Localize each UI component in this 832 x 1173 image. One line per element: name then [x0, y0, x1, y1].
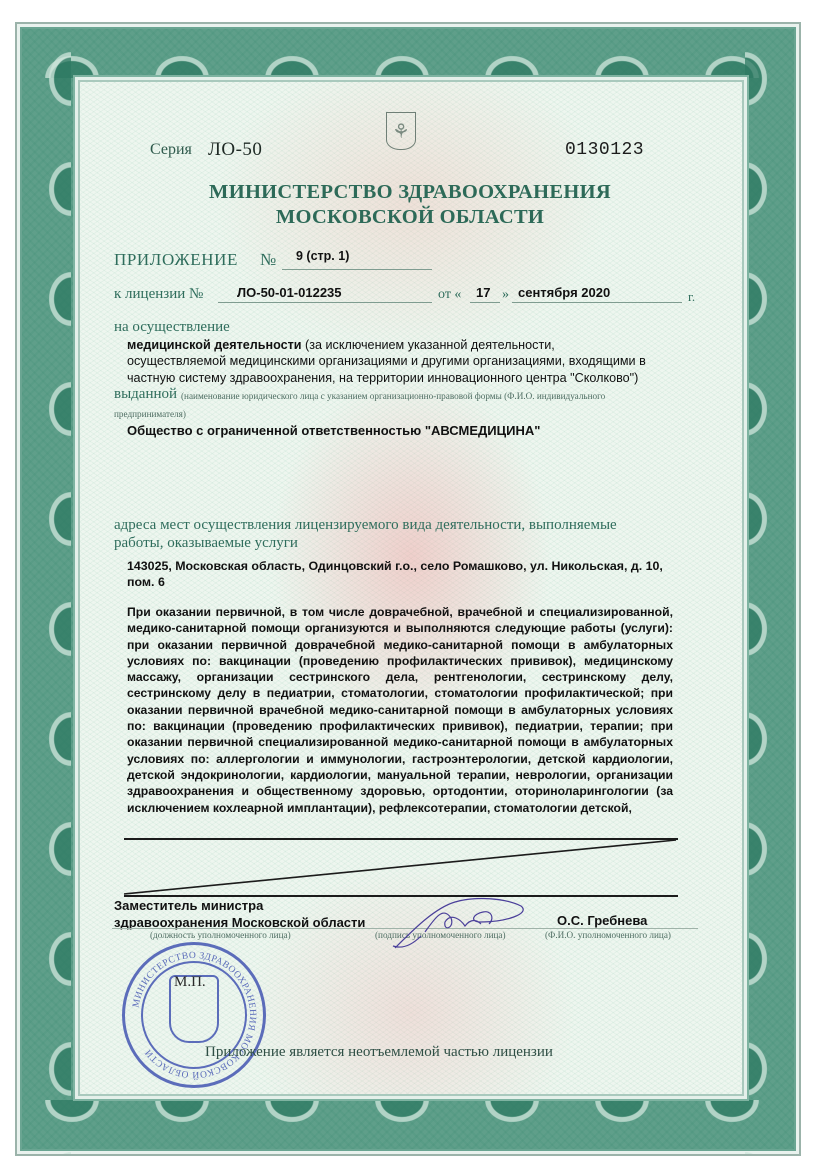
- ministry-title: МИНИСТЕРСТВО ЗДРАВООХРАНЕНИЯ МОСКОВСКОЙ …: [100, 180, 720, 230]
- license-label: к лицензии №: [114, 286, 203, 303]
- series-value: ЛО-50: [208, 139, 262, 161]
- appendix-number-sign: №: [260, 250, 276, 270]
- name-note: (Ф.И.О. уполномоченного лица): [545, 930, 671, 940]
- official-stamp: МИНИСТЕРСТВО ЗДРАВООХРАНЕНИЯ МОСКОВСКОЙ …: [122, 942, 266, 1088]
- license-year-suffix: г.: [688, 289, 695, 305]
- border-ornament-top: [17, 30, 799, 78]
- addresses-label-line1: адреса мест осуществления лицензируемого…: [114, 516, 704, 534]
- activity-description: медицинской деятельности (за исключением…: [127, 337, 647, 386]
- license-from-label: от «: [438, 287, 461, 303]
- footer-note: Приложение является неотъемлемой частью …: [205, 1044, 553, 1061]
- border-ornament-right: [745, 24, 793, 1154]
- seal-place-label: М.П.: [174, 974, 206, 991]
- license-number: ЛО-50-01-012235: [237, 285, 342, 300]
- series-label: Серия: [150, 141, 192, 159]
- license-quote-close: »: [502, 287, 509, 303]
- issued-label: выданной: [114, 386, 177, 403]
- handwritten-signature: [385, 888, 535, 956]
- svg-text:МИНИСТЕРСТВО ЗДРАВООХРАНЕНИЯ М: МИНИСТЕРСТВО ЗДРАВООХРАНЕНИЯ МОСКОВСКОЙ …: [131, 951, 257, 1081]
- coat-of-arms-icon: ⚘: [386, 112, 416, 150]
- appendix-label: ПРИЛОЖЕНИЕ: [114, 250, 238, 270]
- stamp-ring-text: МИНИСТЕРСТВО ЗДРАВООХРАНЕНИЯ МОСКОВСКОЙ …: [125, 945, 263, 1085]
- activity-type: медицинской деятельности: [127, 338, 302, 352]
- signatory-position: Заместитель министра здравоохранения Мос…: [114, 897, 365, 931]
- border-ornament-left: [23, 24, 71, 1154]
- license-day-underline: [470, 302, 500, 303]
- services-list: При оказании первичной, в том числе довр…: [127, 604, 673, 816]
- organization-name: Общество с ограниченной ответственностью…: [127, 423, 540, 439]
- license-date-underline: [512, 302, 682, 303]
- stamp-ring-textpath: МИНИСТЕРСТВО ЗДРАВООХРАНЕНИЯ МОСКОВСКОЙ …: [131, 951, 257, 1081]
- license-number-underline: [218, 302, 432, 303]
- ministry-title-line1: МИНИСТЕРСТВО ЗДРАВООХРАНЕНИЯ: [100, 180, 720, 205]
- serial-number: 0130123: [565, 140, 644, 160]
- license-day: 17: [476, 285, 490, 300]
- signatory-name: О.С. Гребнева: [557, 913, 647, 929]
- license-month-year: сентября 2020: [518, 285, 610, 300]
- issued-note-line1: (наименование юридического лица с указан…: [181, 391, 605, 401]
- address-value: 143025, Московская область, Одинцовский …: [127, 558, 667, 591]
- position-note: (должность уполномоченного лица): [150, 930, 291, 940]
- appendix-number: 9 (стр. 1): [296, 249, 349, 263]
- signatory-position-line1: Заместитель министра: [114, 897, 365, 914]
- addresses-label-line2: работы, оказываемые услуги: [114, 534, 704, 552]
- border-ornament-bottom: [17, 1100, 799, 1148]
- activity-label: на осуществление: [114, 319, 230, 336]
- appendix-underline: [282, 269, 432, 270]
- addresses-label: адреса мест осуществления лицензируемого…: [114, 516, 704, 552]
- ministry-title-line2: МОСКОВСКОЙ ОБЛАСТИ: [100, 205, 720, 230]
- issued-note-line2: предпринимателя): [114, 409, 186, 419]
